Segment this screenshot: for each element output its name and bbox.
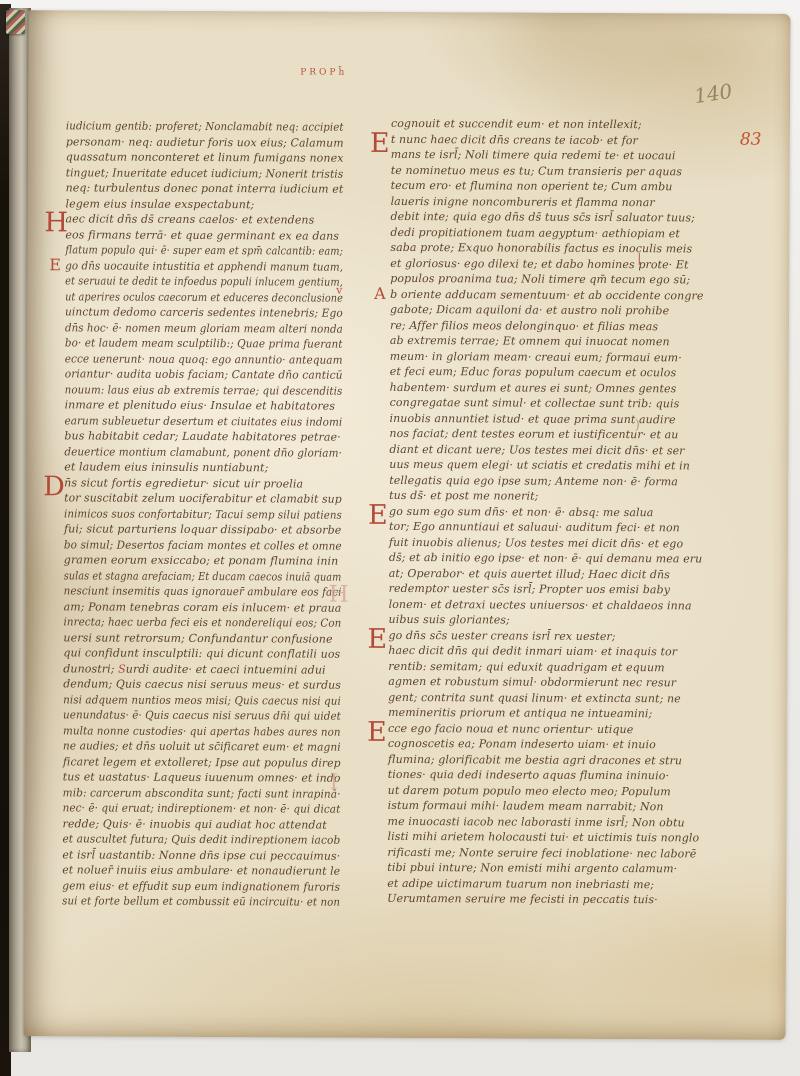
text-line: istum formaui mihi· laudem meam narrabit… bbox=[388, 798, 728, 815]
rubric-initial: A bbox=[374, 285, 386, 301]
text-line: me inuocasti iacob nec laborasti inme is… bbox=[388, 813, 728, 830]
text-line: Ego sum ego sum dn̄s· et non· ē· absq: m… bbox=[389, 503, 729, 520]
text-line: iudicium gentib: proferet; Nonclamabit n… bbox=[66, 118, 340, 135]
text-line: quassatum nonconteret et linum fumigans … bbox=[66, 149, 340, 166]
pen-mark-paren: ) bbox=[634, 417, 640, 433]
headband bbox=[6, 10, 25, 34]
text-line: eos firmans terrā· et quae germinant ex … bbox=[65, 227, 339, 244]
text-line: haec dicit dn̄s qui dedit inmari uiam· e… bbox=[388, 643, 728, 660]
text-line: gem eius· et effudit sup eum indignation… bbox=[62, 878, 336, 895]
text-line: tor; Ego annuntiaui et saluaui· auditum … bbox=[389, 519, 729, 536]
text-line: dendum; Quis caecus nisi seruus meus· et… bbox=[63, 676, 337, 693]
text-line: at; Operabor· et quis auertet illud; Hae… bbox=[389, 565, 729, 582]
text-line: tecum ero· et flumina non operient te; C… bbox=[391, 178, 731, 195]
text-line: deuertice montium clamabunt, ponent dño … bbox=[64, 444, 338, 461]
text-line: saba prote; Exquo honorabilis factus es … bbox=[390, 240, 730, 257]
text-line: meum· in gloriam meam· creaui eum; forma… bbox=[390, 348, 730, 365]
text-column-left: iudicium gentib: proferet; Nonclamabit n… bbox=[62, 118, 340, 910]
text-line: sulas et stagna arefaciam; Et ducam caec… bbox=[64, 568, 338, 585]
text-line: tus ds̄· et post me nonerit; bbox=[389, 488, 729, 505]
ghost-initial-h: H bbox=[329, 582, 349, 608]
text-line: listi mihi arietem holocausti tui· et ui… bbox=[387, 829, 727, 846]
text-line: Ego dn̄s uocauite intustitia et apphendi… bbox=[65, 258, 339, 275]
rubric-initial: D bbox=[43, 473, 65, 500]
rubric-initial: E bbox=[370, 129, 390, 156]
rubric-initial: S bbox=[118, 662, 126, 675]
text-line: uus meus quem elegi· ut sciatis et creda… bbox=[389, 457, 729, 474]
text-line: Et nunc haec dicit dn̄s creans te iacob·… bbox=[391, 131, 731, 148]
text-line: tellegatis quia ego ipse sum; Anteme non… bbox=[389, 472, 729, 489]
text-line: earum subleuetur desertum et ciuitates e… bbox=[64, 413, 338, 430]
text-line: sui et forte bellum et combussit eū inci… bbox=[62, 893, 336, 910]
text-line: dedi propitiationem tuam aegyptum· aethi… bbox=[390, 224, 730, 241]
text-line: rentib: semitam; qui eduxit quadrigam et… bbox=[388, 658, 728, 675]
text-line: multa nonne custodies· qui apertas habes… bbox=[63, 723, 337, 740]
text-line: qui confidunt insculptili: qui dicunt co… bbox=[63, 645, 337, 662]
text-line: redemptor uester sc̄s isrl̄; Propter uos… bbox=[389, 581, 729, 598]
text-line: ab extremis terrae; Et omnem qui inuocat… bbox=[390, 333, 730, 350]
text-line: tiones· quia dedi indeserto aquas flumin… bbox=[388, 767, 728, 784]
text-line: bus habitabit cedar; Laudate habitatores… bbox=[64, 428, 338, 445]
text-line: uibus suis gloriantes; bbox=[388, 612, 728, 629]
text-line: Ab oriente adducam sementuum· et ab occi… bbox=[390, 286, 730, 303]
text-line: flumina; glorificabit me bestia agri dra… bbox=[388, 751, 728, 768]
text-line: ficaret legem et extolleret; Ipse aut po… bbox=[63, 754, 337, 771]
rubric-initial: E bbox=[367, 718, 387, 745]
margin-marks: vHI|) bbox=[29, 10, 791, 14]
text-line: flatum populo qui· ē· super eam et spm̄ … bbox=[65, 242, 339, 259]
intercolumn-flourish: v bbox=[336, 284, 342, 297]
text-line: dunostri; Surdi audite· et caeci intuemi… bbox=[63, 661, 337, 678]
text-line: am; Ponam tenebras coram eis inlucem· et… bbox=[64, 599, 338, 616]
text-line: agmen et robustum simul· obdormierunt ne… bbox=[388, 674, 728, 691]
manuscript-photo: PROPh̄ 140 83 iudicium gentib: proferet;… bbox=[0, 0, 800, 1076]
text-line: cognoscetis ea; Ponam indeserto uiam· et… bbox=[388, 736, 728, 753]
folio-number: 140 bbox=[693, 79, 734, 109]
text-line: mib: carcerum abscondita sunt; facti sun… bbox=[63, 785, 337, 802]
text-line: debit inte; quia ego dn̄s ds̄ tuus sc̄s … bbox=[390, 209, 730, 226]
text-line: inmare et plenitudo eius· Insulae et hab… bbox=[65, 397, 339, 414]
text-line: et noluer̄ inuiis eius ambulare· et nona… bbox=[62, 862, 336, 879]
text-line: rificasti me; Nonte seruire feci inoblat… bbox=[387, 844, 727, 861]
text-line: legem eius insulae exspectabunt; bbox=[66, 196, 340, 213]
text-line: fuit inuobis alienus; Uos testes mei dic… bbox=[389, 534, 729, 551]
text-line: inuobis annuntiet istud· et quae prima s… bbox=[389, 410, 729, 427]
text-line: et gloriosus· ego dilexi te; et dabo hom… bbox=[390, 255, 730, 272]
text-line: cognouit et succendit eum· et non intell… bbox=[391, 116, 731, 133]
text-line: dn̄s hoc· ē· nomen meum gloriam meam alt… bbox=[65, 320, 339, 337]
text-line: nos faciat; dent testes eorum et iustifi… bbox=[389, 426, 729, 443]
text-line: personam· neq: audietur foris uox eius; … bbox=[66, 134, 340, 151]
running-title: PROPh̄ bbox=[300, 67, 347, 77]
text-line: ecce uenerunt· noua quoq: ego annuntio· … bbox=[65, 351, 339, 368]
text-line: tinguet; Inueritate educet iudicium; Non… bbox=[66, 165, 340, 182]
text-line: re; Affer filios meos delonginquo· et fi… bbox=[390, 317, 730, 334]
text-line: gramen eorum exsiccabo; et ponam flumina… bbox=[64, 552, 338, 569]
text-line: nec· ē· qui eruat; indireptionem· et non… bbox=[63, 800, 337, 817]
text-line: oriantur· audita uobis faciam; Cantate d… bbox=[65, 366, 339, 383]
text-line: congregatae sunt simul· et collectae sun… bbox=[390, 395, 730, 412]
text-line: et feci eum; Educ foras populum caecum e… bbox=[390, 364, 730, 381]
text-line: tus et uastatus· Laqueus iuuenum omnes· … bbox=[63, 769, 337, 786]
ghost-initial-i: I bbox=[330, 770, 338, 794]
text-line: lonem· et detraxi uectes uniuersos· et c… bbox=[389, 596, 729, 613]
text-line: Dn̄s sicut fortis egredietur· sicut uir … bbox=[64, 475, 338, 492]
text-line: habentem· surdum et aures ei sunt; Omnes… bbox=[390, 379, 730, 396]
text-column-right: cognouit et succendit eum· et non intell… bbox=[387, 116, 731, 908]
text-line: bo· et laudem meam sculptilib:; Quae pri… bbox=[65, 335, 339, 352]
text-line: nisi adquem nuntios meos misi; Quis caec… bbox=[63, 692, 337, 709]
text-line: gent; contrita sunt quasi linum· et exti… bbox=[388, 689, 728, 706]
text-line: memineritis priorum et antiqua ne intuea… bbox=[388, 705, 728, 722]
text-line: uersi sunt retrorsum; Confundantur confu… bbox=[63, 630, 337, 647]
rubric-initial: E bbox=[368, 501, 388, 528]
text-line: uenundatus· ē· Quis caecus nisi seruus d… bbox=[63, 707, 337, 724]
text-line: diant et dicant uere; Uos testes mei dic… bbox=[389, 441, 729, 458]
text-line: fui; sicut parturiens loquar dissipabo· … bbox=[64, 521, 338, 538]
text-line: te nominetuo meus es tu; Cum transieris … bbox=[391, 162, 731, 179]
text-line: nesciunt insemitis quas ignorauer̄ ambul… bbox=[64, 583, 338, 600]
rubric-initial: E bbox=[49, 257, 61, 273]
text-line: et isrl̄ uastantib: Nonne dn̄s ipse cui … bbox=[62, 847, 336, 864]
text-line: et seruaui te dedit te infoedus populi i… bbox=[65, 273, 339, 290]
text-line: mans te isrl̄; Noli timere quia redemi t… bbox=[391, 147, 731, 164]
correction-tick: | bbox=[637, 251, 641, 265]
text-line: bo simul; Desertos faciam montes et coll… bbox=[64, 537, 338, 554]
text-line: tor suscitabit zelum uociferabitur et cl… bbox=[64, 490, 338, 507]
text-line: et auscultet futura; Quis dedit indirept… bbox=[62, 831, 336, 848]
text-line: Uerumtamen seruire me fecisti in peccati… bbox=[387, 891, 727, 908]
text-line: laueris inigne noncombureris et flamma n… bbox=[391, 193, 731, 210]
text-line: Ecce ego facio noua et nunc orientur· ut… bbox=[388, 720, 728, 737]
text-line: Haec dicit dn̄s ds̄ creans caelos· et ex… bbox=[65, 211, 339, 228]
text-line: uinctum dedomo carceris sedentes inteneb… bbox=[65, 304, 339, 321]
text-line: neq: turbulentus donec ponat interra iud… bbox=[66, 180, 340, 197]
text-line: populos proanima tua; Noli timere qm̄ te… bbox=[390, 271, 730, 288]
text-line: inimicos suos confortabitur; Tacui semp … bbox=[64, 506, 338, 523]
text-line: gabote; Dicam aquiloni da· et austro nol… bbox=[390, 302, 730, 319]
text-line: ds̄; et ab initio ego ipse· et non· ē· q… bbox=[389, 550, 729, 567]
text-line: ut darem potum populo meo electo meo; Po… bbox=[388, 782, 728, 799]
text-line: inrecta; haec uerba feci eis et nonderel… bbox=[63, 614, 337, 631]
text-line: et adipe uictimarum tuarum non inebriast… bbox=[387, 875, 727, 892]
text-line: Ego dn̄s sc̄s uester creans isrl̄ rex ue… bbox=[388, 627, 728, 644]
text-line: tibi pbui inture; Non emisti mihi argent… bbox=[387, 860, 727, 877]
parchment-page: PROPh̄ 140 83 iudicium gentib: proferet;… bbox=[23, 10, 790, 1040]
text-line: redde; Quis· ē· inuobis qui audiat hoc a… bbox=[62, 816, 336, 833]
text-line: ut aperires oculos caecorum et educeres … bbox=[65, 289, 339, 306]
text-line: nouum: laus eius ab extremis terrae; qui… bbox=[65, 382, 339, 399]
section-number: 83 bbox=[740, 130, 762, 150]
rubric-initial: E bbox=[367, 625, 387, 652]
text-line: ne audies; et dn̄s uoluit ut sc̄ificaret… bbox=[63, 738, 337, 755]
text-line: et laudem eius ininsulis nuntiabunt; bbox=[64, 459, 338, 476]
